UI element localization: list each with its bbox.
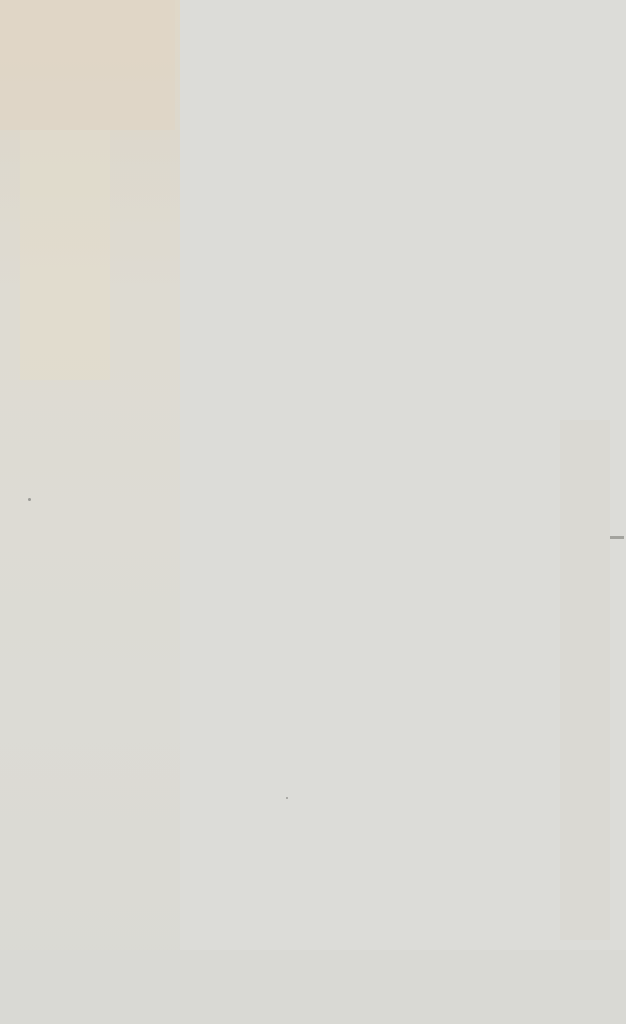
paper-shade-right [560,420,610,940]
paper-speck [28,498,31,501]
blank-scanned-page [0,0,626,1024]
edge-mark [610,536,624,539]
paper-shade-bottom [0,950,626,1024]
paper-speck [286,797,288,799]
paper-stain-top [0,0,175,130]
paper-stain-mid [20,130,110,380]
